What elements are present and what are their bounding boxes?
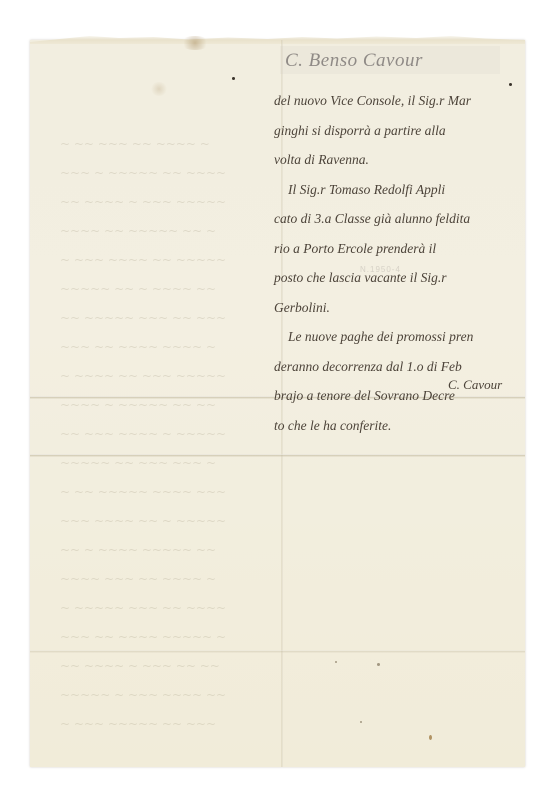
letter-line: cato di 3.a Classe già alunno feldita [274,204,519,234]
paper-stain [150,82,168,96]
letter-line: Gerbolini. [274,293,519,323]
paper-speck [429,735,432,740]
letter-line: to che le ha conferite. [274,411,519,441]
signature: C. Cavour [448,377,502,393]
letter-line: rio a Porto Ercole prenderà il [274,234,519,264]
letter-line: posto che lascia vacante il Sig.r [274,263,519,293]
letter-line: ginghi si disporrà a partire alla [274,116,519,146]
collector-stamp: C. Benso Cavour [285,50,423,72]
ink-dot [232,77,235,80]
letter-page: ~ ~~ ~~~ ~~ ~~~~ ~ ~~~ ~ ~~~~~ ~~ ~~~~ ~… [30,40,525,767]
letter-line: del nuovo Vice Console, il Sig.r Mar [274,86,519,116]
torn-top-edge [30,34,525,44]
letter-line: Le nuove paghe dei promossi pren [274,322,519,352]
paper-speck [335,661,337,663]
paper-speck [360,721,362,723]
letter-line: Il Sig.r Tomaso Redolfi Appli [274,175,519,205]
paper-speck [377,663,380,666]
bleed-through-text: ~ ~~ ~~~ ~~ ~~~~ ~ ~~~ ~ ~~~~~ ~~ ~~~~ ~… [60,130,270,739]
letter-line: volta di Ravenna. [274,145,519,175]
paper-stain [180,36,210,50]
